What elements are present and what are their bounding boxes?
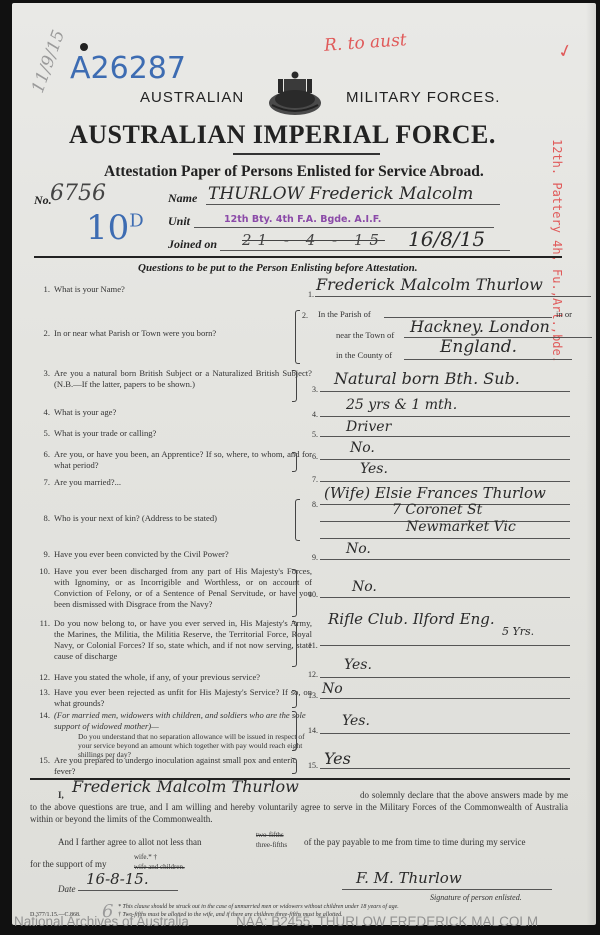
answer-rule [320,391,570,392]
question-12: 12.Have you stated the whole, if any, of… [34,672,260,683]
answer-5: Driver [346,419,391,435]
answer-rule [320,698,570,699]
answer-rule [320,416,570,417]
form-title: AUSTRALIAN IMPERIAL FORCE. [69,120,496,150]
answer-rule [320,436,570,437]
answer-rule [320,733,570,734]
answer-15: Yes [324,749,351,768]
question-10: 10.Have you ever been discharged from an… [34,566,312,610]
name-rule [206,204,500,205]
answer-11: Rifle Club. Ilford Eng. [328,610,495,628]
answer-13: No [322,681,343,697]
answer-3: Natural born Bth. Sub. [334,369,520,388]
answer-8-line-3: Newmarket Vic [406,519,516,535]
joined-rule [220,250,510,251]
bracket [292,711,297,751]
questions-heading: Questions to be put to the Person Enlist… [138,262,418,274]
question-1: 1.What is your Name? [34,284,298,295]
parish-label: In the Parish of [318,309,371,320]
answer-9: No. [346,541,371,557]
answer-14: Yes. [342,713,370,729]
attestation-paper: 11/9/15 A26287 R. to aust ✓ AUSTRALIAN M… [12,3,596,925]
date-rule [78,890,178,891]
answer-rule [320,481,570,482]
date-value: 16-8-15. [86,870,149,888]
archive-watermark-right: NAA: B2455, THURLOW FREDERICK MALCOLM [236,914,538,929]
pencil-date-annotation: 11/9/15 [28,27,69,95]
answer-rule [320,538,570,539]
answer-rule [320,559,570,560]
answer-4: 25 yrs & 1 mth. [346,397,457,413]
signature-rule [342,889,552,890]
bracket [292,569,297,617]
answer-rule [320,597,570,598]
unit-value: 12th Bty. 4th F.A. Bgde. A.I.F. [224,214,381,225]
bracket [295,310,300,364]
form-subtitle: Attestation Paper of Persons Enlisted fo… [104,163,484,181]
bracket [292,758,297,774]
bracket [292,690,297,708]
answer-8-line-2: 7 Coronet St [392,502,482,518]
support-text: for the support of my [30,858,107,870]
joined-struck-value: 21 - 4 - 15 [242,231,385,249]
regimental-number: 6756 [50,181,106,206]
name-value: THURLOW Frederick Malcolm [208,184,473,204]
bracket [292,452,297,472]
unit-label: Unit [168,214,190,229]
allotment-value: three-fifths [256,839,287,851]
town-value: Hackney. London [410,317,550,336]
question-6: 6.Are you, or have you been, an Apprenti… [34,449,312,471]
coat-of-arms-icon [264,69,326,119]
name-label: Name [168,191,197,206]
question-13: 13.Have you ever been rejected as unfit … [34,687,312,709]
answer-rule [320,677,570,678]
question-3: 3.Are you a natural born British Subject… [34,368,312,390]
unit-stamp: 12th. Pattery 4h, Fu.,Arl.,bde. [550,139,564,363]
question-8: 8.Who is your next of kin? (Address to b… [34,513,217,524]
answer-12: Yes. [344,657,372,673]
answer-rule [315,296,591,297]
answer-rule [320,459,570,460]
header-right-text: MILITARY FORCES. [346,89,500,106]
question-9: 9.Have you ever been convicted by the Ci… [34,549,229,560]
question-14: 14.(For married men, widowers with child… [34,710,312,759]
return-to-australia-note: R. to aust [323,30,407,56]
question-11: 11.Do you now belong to, or have you eve… [34,618,312,662]
title-underline [233,153,380,155]
answer-rule [404,359,572,360]
question-4: 4.What is your age? [34,407,116,418]
answer-8-line-1: (Wife) Elsie Frances Thurlow [324,484,546,502]
joined-value: 16/8/15 [408,227,485,251]
blue-count-annotation: 10D [86,208,144,248]
allotment-text-b: of the pay payable to me from time to ti… [304,836,525,848]
archive-watermark-left: National Archives of Australia [14,914,189,929]
answer-1: Frederick Malcolm Thurlow [316,275,543,294]
red-tick-icon: ✓ [556,39,576,63]
answer-7: Yes. [360,461,388,477]
footnote-1: * This clause should be struck out in th… [118,904,399,910]
signature-label: Signature of person enlisted. [430,892,522,904]
header-left-text: AUSTRALIAN [140,89,244,106]
answer-rule [320,768,570,769]
question-2: 2.In or near what Parish or Town were yo… [34,328,298,339]
date-label: Date [58,883,76,895]
question-7: 7.Are you married?... [34,477,121,488]
archive-number-annotation: A26287 [70,51,186,86]
answer-10: No. [352,579,377,595]
question-5: 5.What is your trade or calling? [34,428,156,439]
answer-rule [320,645,570,646]
parish-suffix: in or [556,309,572,320]
declaration-text: do solemnly declare that the above answe… [30,789,568,825]
county-label: in the County of [336,350,392,361]
bracket [295,499,300,541]
section-divider [34,256,562,258]
county-value: England. [440,337,517,357]
town-label: near the Town of [336,330,394,341]
answer-6: No. [350,440,375,456]
joined-label: Joined on [168,237,217,252]
question-15: 15.Are you prepared to undergo inoculati… [34,755,312,777]
bracket [292,621,297,667]
allotment-text-a: And I farther agree to allot not less th… [58,836,201,848]
punch-hole [80,43,88,51]
signature: F. M. Thurlow [356,869,462,887]
bracket [292,370,297,402]
answer-11-duration: 5 Yrs. [502,625,534,638]
